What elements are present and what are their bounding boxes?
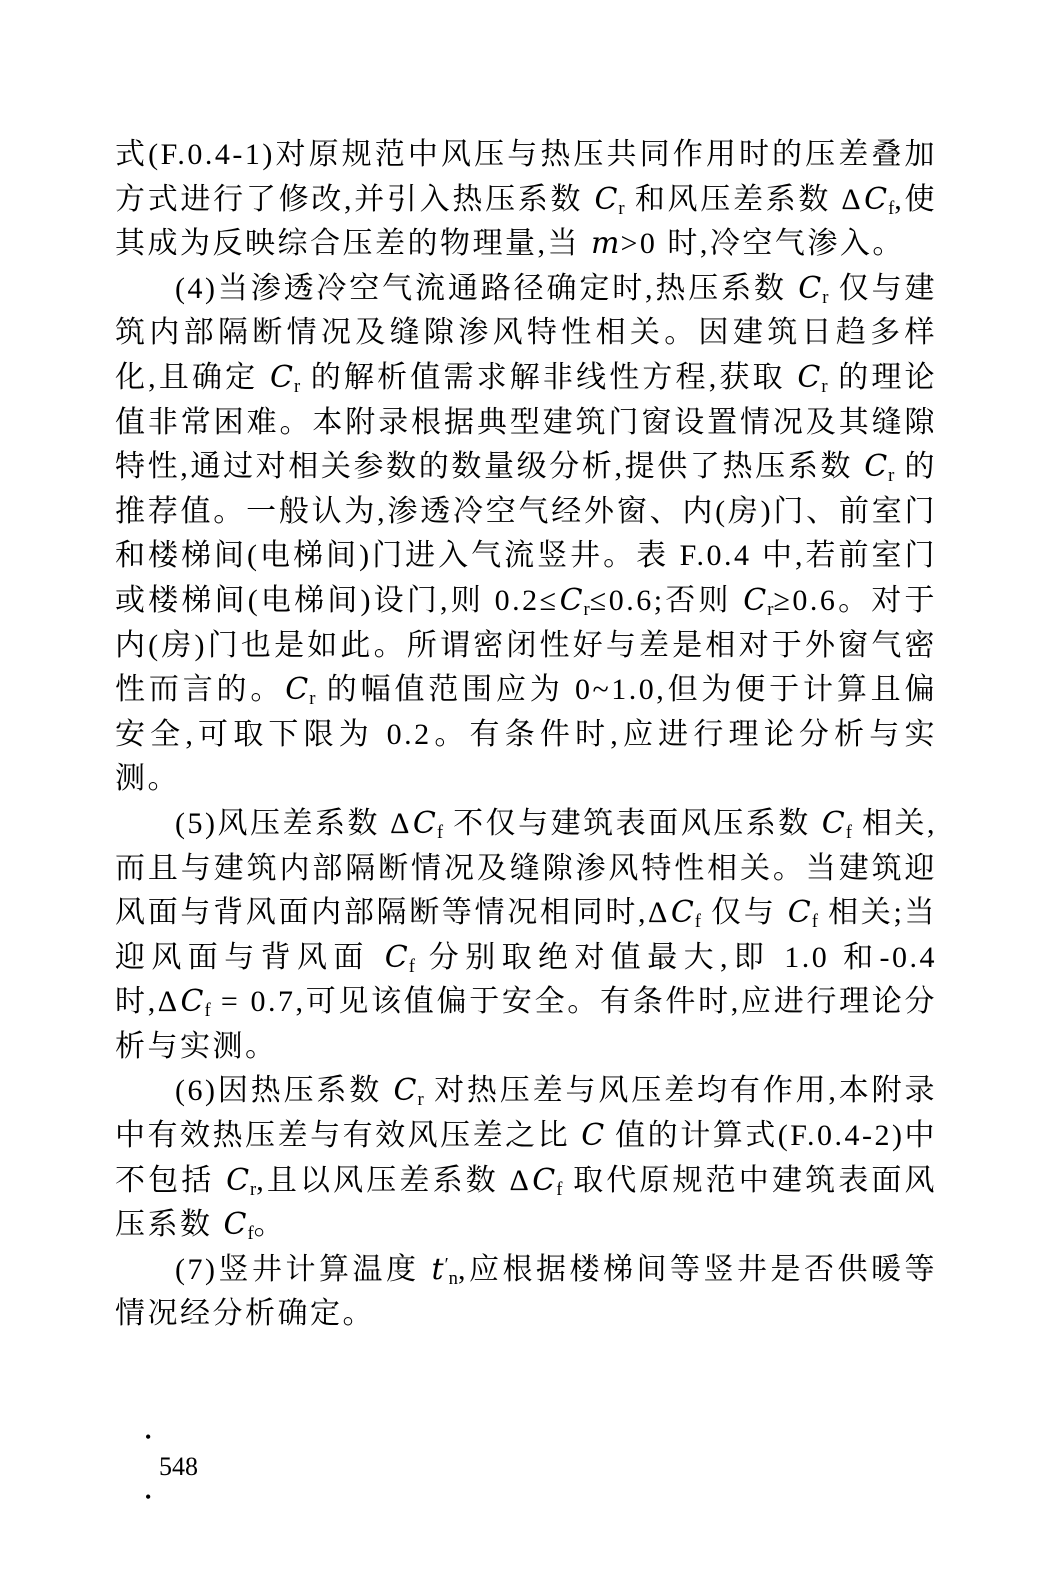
footer-left-bullet: • (145, 1427, 151, 1447)
paragraph-item-6: (6)因热压系数 Cr 对热压差与风压差均有作用,本附录中有效热压差与有效风压差… (115, 1069, 937, 1247)
page-number: 548 (159, 1452, 198, 1481)
paragraph-item-5: (5)风压差系数 ΔCf 不仅与建筑表面风压系数 Cf 相关,而且与建筑内部隔断… (115, 802, 937, 1070)
paragraph-item-7: (7)竖井计算温度 t′n,应根据楼梯间等竖井是否供暖等情况经分析确定。 (115, 1248, 937, 1337)
body-text: 式(F.0.4-1)对原规范中风压与热压共同作用时的压差叠加方式进行了修改,并引… (115, 133, 937, 1337)
paragraph-intro-continuation: 式(F.0.4-1)对原规范中风压与热压共同作用时的压差叠加方式进行了修改,并引… (115, 133, 937, 267)
footer-right-bullet: • (145, 1487, 151, 1507)
page-footer: • 548 • (119, 1392, 212, 1542)
document-page: 式(F.0.4-1)对原规范中风压与热压共同作用时的压差叠加方式进行了修改,并引… (0, 0, 1053, 1579)
paragraph-item-4: (4)当渗透冷空气流通路径确定时,热压系数 Cr 仅与建筑内部隔断情况及缝隙渗风… (115, 267, 937, 802)
